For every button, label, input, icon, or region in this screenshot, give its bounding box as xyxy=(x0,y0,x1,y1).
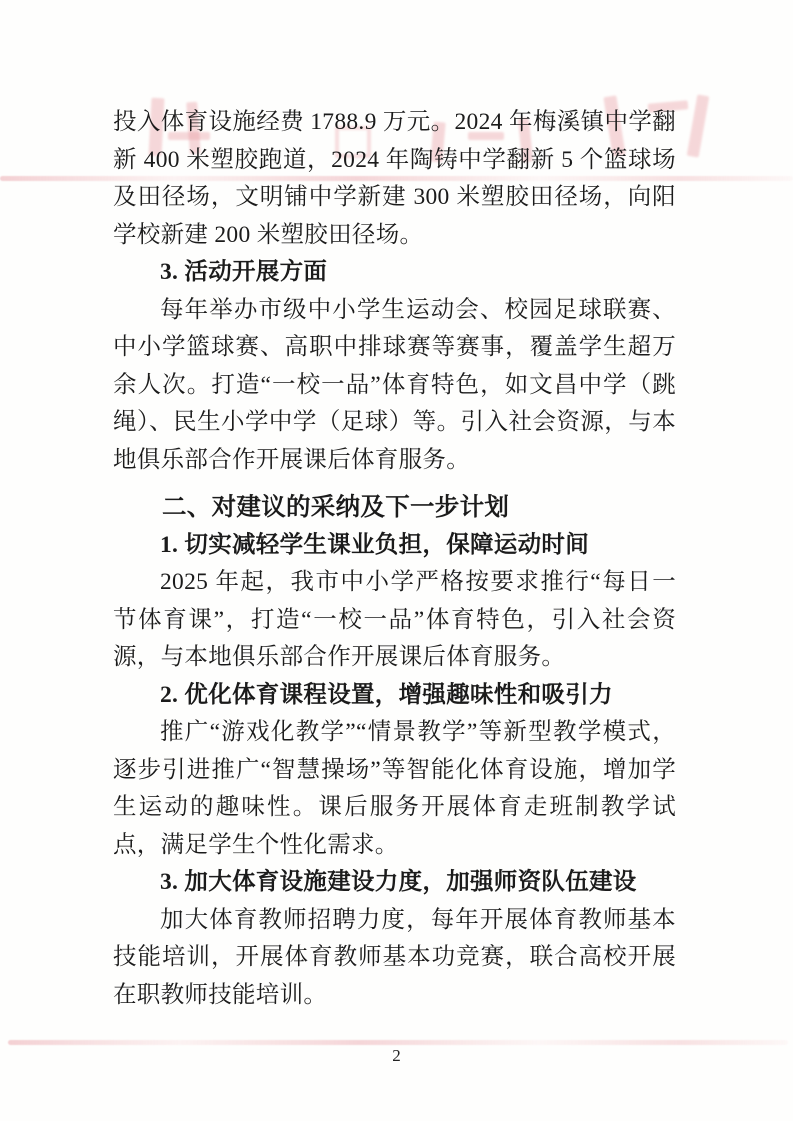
document-page: 投入体育设施经费 1788.9 万元。2024 年梅溪镇中学翻新 400 米塑胶… xyxy=(0,0,793,1121)
numbered-heading: 3. 活动开展方面 xyxy=(113,254,676,292)
numbered-heading: 3. 加大体育设施建设力度，加强师资队伍建设 xyxy=(113,864,676,902)
page-number: 2 xyxy=(0,1046,793,1066)
numbered-heading: 1. 切实减轻学生课业负担，保障运动时间 xyxy=(113,527,676,565)
body-paragraph: 2025 年起，我市中小学严格按要求推行“每日一节体育课”，打造“一校一品”体育… xyxy=(113,564,676,677)
body-paragraph: 推广“游戏化教学”“情景教学”等新型教学模式，逐步引进推广“智慧操场”等智能化体… xyxy=(113,714,676,864)
body-paragraph: 加大体育教师招聘力度，每年开展体育教师基本技能培训，开展体育教师基本功竞赛，联合… xyxy=(113,902,676,1015)
body-paragraph: 每年举办市级中小学生运动会、校园足球联赛、中小学篮球赛、高职中排球赛等赛事，覆盖… xyxy=(113,292,676,480)
scan-artifact-line-bottom xyxy=(8,1040,788,1045)
document-body: 投入体育设施经费 1788.9 万元。2024 年梅溪镇中学翻新 400 米塑胶… xyxy=(113,104,676,1014)
section-heading: 二、对建议的采纳及下一步计划 xyxy=(113,489,676,527)
body-paragraph: 投入体育设施经费 1788.9 万元。2024 年梅溪镇中学翻新 400 米塑胶… xyxy=(113,104,676,254)
watermark-fragment xyxy=(687,94,710,157)
numbered-heading: 2. 优化体育课程设置，增强趣味性和吸引力 xyxy=(113,677,676,715)
